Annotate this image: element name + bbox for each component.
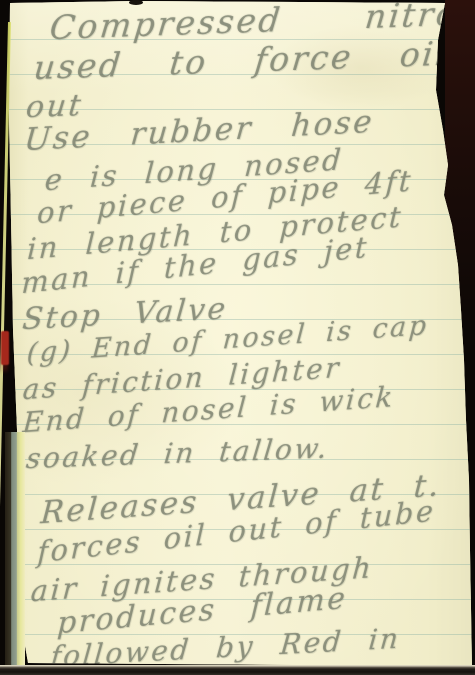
top-edge-smudge [129,0,143,5]
notebook-page: Compressed nitrogen used to force oil ou… [0,0,475,675]
scanned-notebook-photo: Compressed nitrogen used to force oil ou… [0,0,475,675]
scan-bottom-band [0,665,475,675]
red-edge-mark [1,331,9,365]
page-stack-edges [5,432,25,672]
